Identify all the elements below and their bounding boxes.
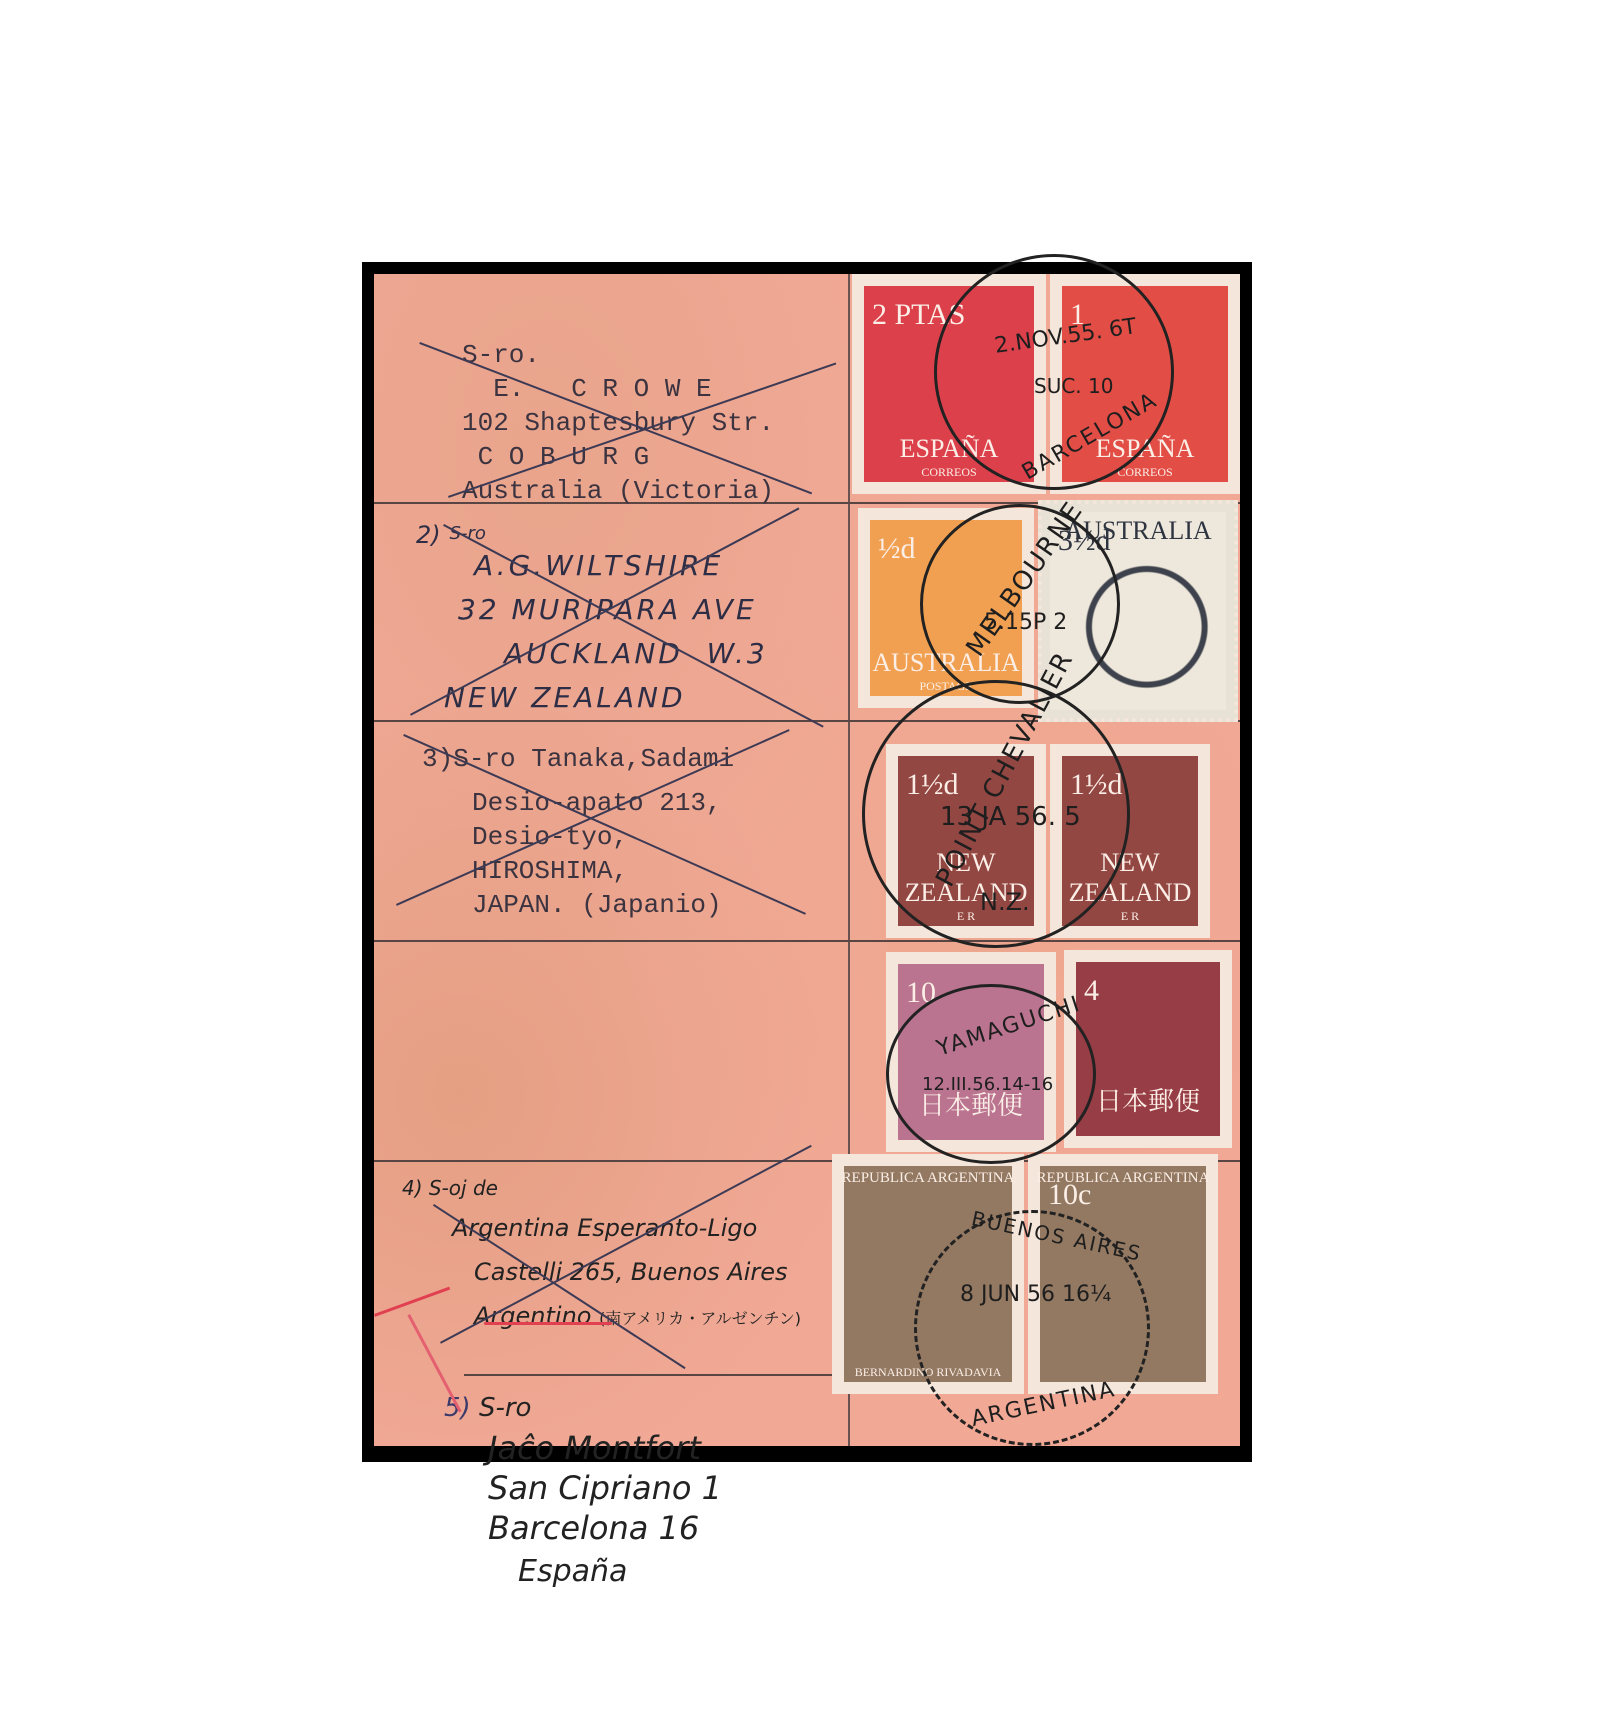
address-section-4-body: Argentina Esperanto-Ligo Castelli 265, B… <box>452 1206 801 1341</box>
section-5-underline <box>464 1374 844 1376</box>
address-line: España <box>518 1552 722 1592</box>
esperanto-postcard: S-ro. E. C R O W E 102 Shaptesbury Str. … <box>374 274 1240 1446</box>
address-line: S-ro Tanaka,Sadami <box>453 744 734 774</box>
stamp-value: 4 <box>1084 974 1099 1008</box>
postmark-sub: SUC. 10 <box>1034 374 1113 398</box>
section-number: 2) <box>416 521 441 549</box>
stamp-country: REPUBLICA ARGENTINA <box>836 1170 1020 1187</box>
address-line: NEW ZEALAND <box>444 676 768 720</box>
address-line: S-oj de <box>429 1176 498 1200</box>
address-line: Jaĉo Montfort <box>488 1428 722 1468</box>
address-line: Castelli 265, Buenos Aires <box>474 1250 801 1294</box>
postmark-date: 8 JUN 56 16¼ <box>960 1282 1111 1307</box>
address-line: S-ro. <box>462 338 774 372</box>
address-line: C O B U R G <box>462 440 774 474</box>
address-section-2-body: A.G.WILTSHIRE 32 MURIPARA AVE AUCKLAND W… <box>474 544 768 720</box>
section-number: 4) <box>402 1176 423 1200</box>
red-arrow-mark <box>374 1287 450 1317</box>
address-line: 102 Shaptesbury Str. <box>462 406 774 440</box>
address-line: San Cipriano 1 <box>488 1468 722 1508</box>
address-section-1: S-ro. E. C R O W E 102 Shaptesbury Str. … <box>462 338 774 508</box>
address-section-5: 5) S-ro Jaĉo Montfort San Cipriano 1 Bar… <box>444 1388 722 1592</box>
address-line: AUCKLAND W.3 <box>504 632 768 676</box>
address-line: JAPAN. (Japanio) <box>472 888 734 922</box>
address-line: Australia (Victoria) <box>462 474 774 508</box>
red-underline <box>484 1322 612 1325</box>
postmark-sub: N.Z. <box>980 888 1030 916</box>
address-section-4-header: 4) S-oj de <box>402 1174 498 1202</box>
postmark-date: 13 JA 56. 5 <box>940 802 1081 832</box>
address-line: S-ro <box>450 523 486 544</box>
japanese-annotation: (南アメリカ・アルゼンチン) <box>599 1309 801 1328</box>
section-divider-3 <box>374 940 1240 942</box>
stamp-value: 10c <box>1048 1178 1091 1212</box>
postmark-date: 12.III.56.14-16 <box>922 1074 1053 1095</box>
address-line: Desio-apato 213, <box>472 786 734 820</box>
address-line: S-ro <box>479 1393 531 1423</box>
address-section-3: 3)S-ro Tanaka,Sadami Desio-apato 213, De… <box>422 742 734 922</box>
stamp-value: ½d <box>878 532 916 566</box>
address-line: HIROSHIMA, <box>472 854 734 888</box>
postmark-date: 5.15P 2 <box>984 610 1067 635</box>
address-line: 32 MURIPARA AVE <box>458 588 768 632</box>
address-line: Barcelona 16 <box>488 1508 722 1548</box>
